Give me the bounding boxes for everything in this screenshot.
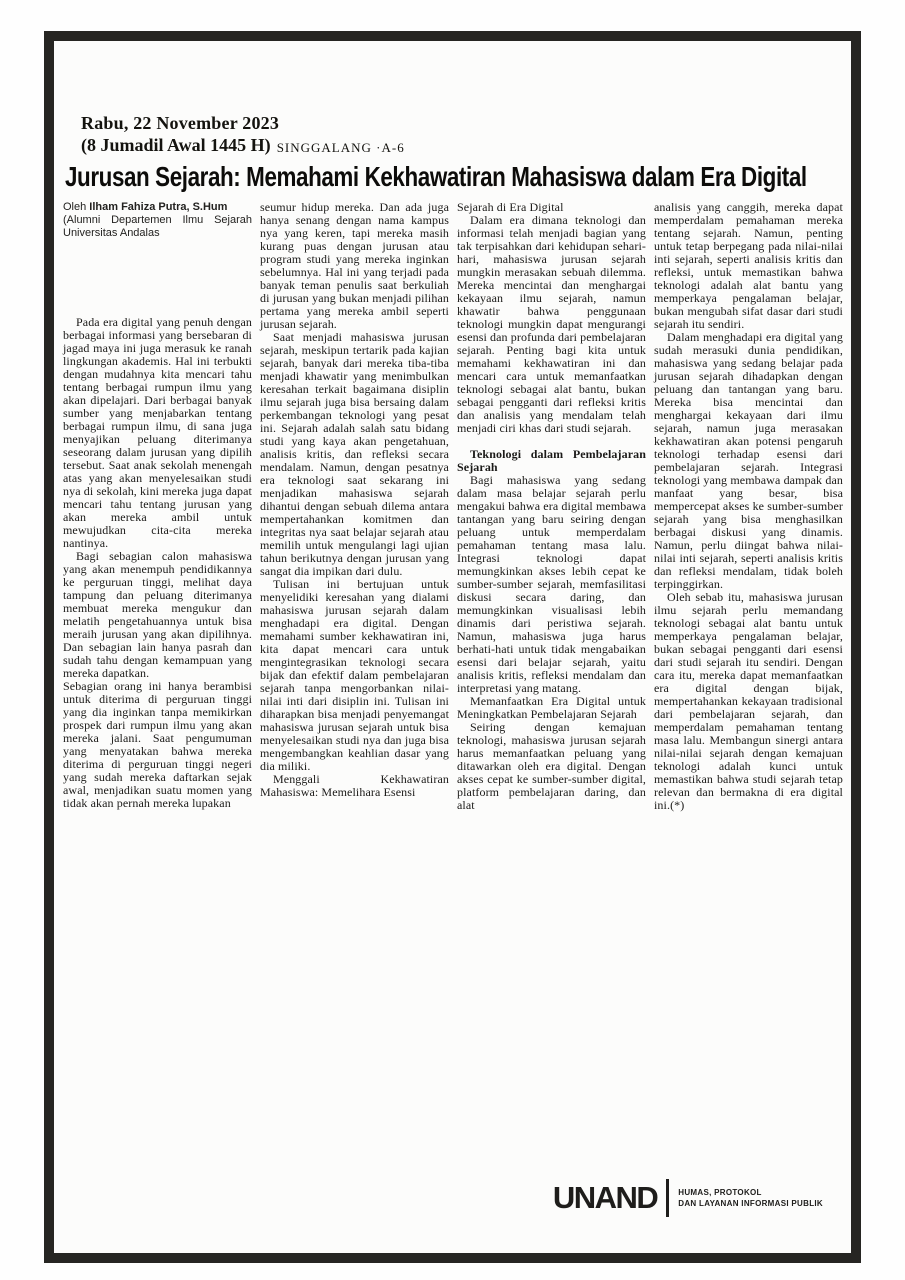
article-paragraph: Seiring dengan kemajuan teknologi, mahas… xyxy=(457,721,646,812)
dateline: Rabu, 22 November 2023 (8 Jumadil Awal 1… xyxy=(81,113,842,156)
logo-department-line2: DAN LAYANAN INFORMASI PUBLIK xyxy=(678,1198,823,1209)
date-hijri: (8 Jumadil Awal 1445 H) xyxy=(81,134,271,156)
section-subhead: Teknologi dalam Pembelajaran Sejarah xyxy=(457,448,646,474)
byline-affiliation: (Alumni Departemen Ilmu Sejarah Universi… xyxy=(63,214,252,240)
article-body: Oleh Ilham Fahiza Putra, S.Hum (Alumni D… xyxy=(63,201,842,812)
unand-wordmark: UNAND xyxy=(553,1180,657,1216)
newspaper-clipping: Rabu, 22 November 2023 (8 Jumadil Awal 1… xyxy=(63,41,842,812)
article-paragraph: Dalam era dimana teknologi dan informasi… xyxy=(457,214,646,435)
logo-department-line1: HUMAS, PROTOKOL xyxy=(678,1187,823,1198)
logo-department-text: HUMAS, PROTOKOL DAN LAYANAN INFORMASI PU… xyxy=(678,1187,823,1209)
article-paragraph: Pada era digital yang penuh dengan berba… xyxy=(63,316,252,550)
article-paragraph: Sebagian orang ini hanya berambisi untuk… xyxy=(63,680,252,810)
section-subhead: Menggali Kekhawatiran Mahasiswa: Memelih… xyxy=(260,773,449,799)
section-subhead: Memanfaatkan Era Digital untuk Meningkat… xyxy=(457,695,646,721)
article-paragraph: Oleh sebab itu, mahasiswa jurusan ilmu s… xyxy=(654,591,843,812)
clipping-frame: Rabu, 22 November 2023 (8 Jumadil Awal 1… xyxy=(44,31,861,1263)
article-paragraph: Dalam menghadapi era digital yang sudah … xyxy=(654,331,843,591)
scan-background: Rabu, 22 November 2023 (8 Jumadil Awal 1… xyxy=(0,0,905,1280)
column-4: analisis yang canggih, mereka dapat memp… xyxy=(654,201,843,812)
article-paragraph: analisis yang canggih, mereka dapat memp… xyxy=(654,201,843,331)
logo-divider-bar xyxy=(666,1179,669,1217)
byline-prefix: Oleh xyxy=(63,201,89,213)
date-gregorian: Rabu, 22 November 2023 xyxy=(81,113,842,134)
byline: Oleh Ilham Fahiza Putra, S.Hum (Alumni D… xyxy=(63,201,252,240)
masthead-page-label: SINGGALANG ·A-6 xyxy=(277,140,405,156)
column-2: seumur hidup mereka. Dan ada juga hanya … xyxy=(260,201,449,812)
unand-logo: UNAND HUMAS, PROTOKOL DAN LAYANAN INFORM… xyxy=(553,1179,823,1217)
article-paragraph: Tulisan ini bertujuan untuk menyelidiki … xyxy=(260,578,449,773)
byline-author-line: Oleh Ilham Fahiza Putra, S.Hum xyxy=(63,201,252,214)
byline-gap xyxy=(63,240,252,316)
article-paragraph: Saat menjadi mahasiswa jurusan sejarah, … xyxy=(260,331,449,578)
article-paragraph: Bagi mahasiswa yang sedang dalam masa be… xyxy=(457,474,646,695)
column-1: Oleh Ilham Fahiza Putra, S.Hum (Alumni D… xyxy=(63,201,252,812)
article-headline-text: Jurusan Sejarah: Memahami Kekhawatiran M… xyxy=(65,160,807,194)
column-3: Sejarah di Era Digital Dalam era dimana … xyxy=(457,201,646,812)
article-paragraph: Bagi sebagian calon mahasiswa yang akan … xyxy=(63,550,252,680)
article-paragraph: seumur hidup mereka. Dan ada juga hanya … xyxy=(260,201,449,331)
article-headline: Jurusan Sejarah: Memahami Kekhawatiran M… xyxy=(65,160,842,194)
byline-author: Ilham Fahiza Putra, S.Hum xyxy=(89,201,227,213)
